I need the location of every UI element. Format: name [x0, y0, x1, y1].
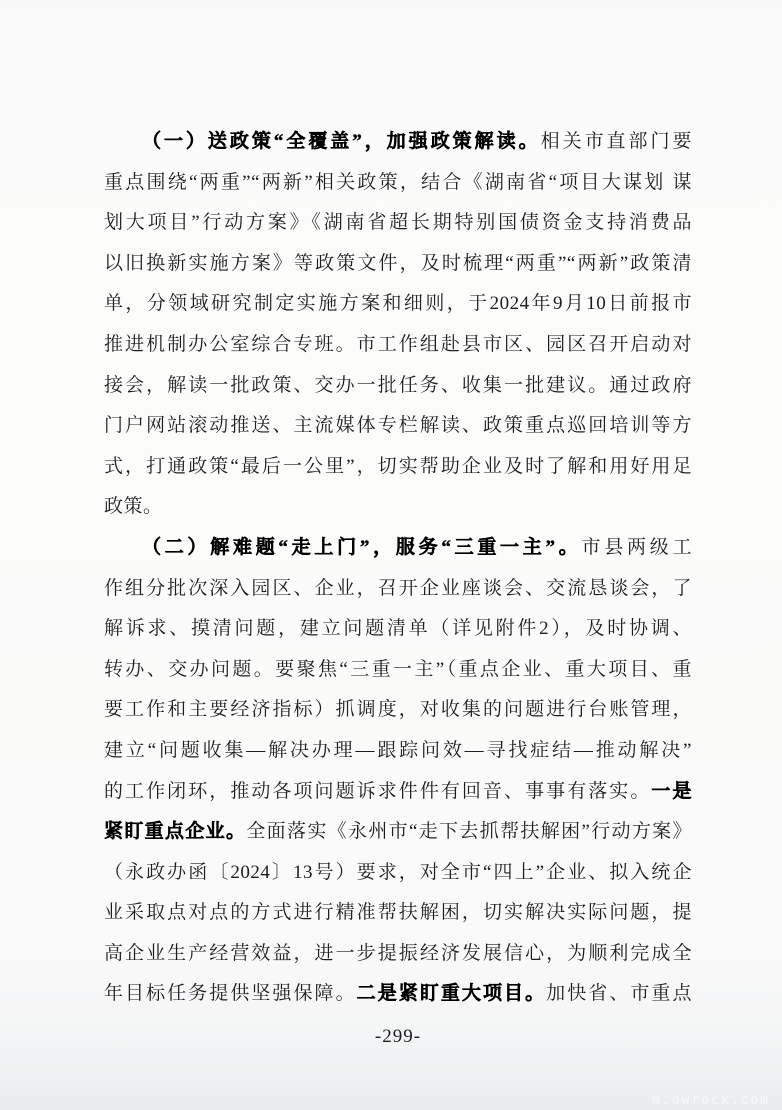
text-segment: 要工作和主要经济指标）抓调度，对收集的问题进行台账管理， [104, 699, 692, 720]
text-segment: 作组分批次深入园区、企业，召开企业座谈会、交流恳谈会，了 [104, 578, 692, 599]
text-segment: 重点围绕“两重”“两新”相关政策，结合《湖南省“项目大谋划 谋 [104, 172, 692, 193]
paragraph-1-heading: （一）送政策“全覆盖”，加强政策解读。 [142, 131, 541, 152]
text-segment: 式，打通政策“最后一公里”，切实帮助企业及时了解和用好用足 [104, 456, 692, 477]
text-line: 解诉求、摸清问题，建立问题清单（详见附件2），及时协调、 [104, 609, 692, 650]
text-line: 高企业生产经营效益，进一步提振经济发展信心，为顺利完成全 [104, 934, 692, 975]
text-line: 作组分批次深入园区、企业，召开企业座谈会、交流恳谈会，了 [104, 569, 692, 610]
text-segment: 建立“问题收集—解决办理—跟踪问效—寻找症结—推动解决” [104, 740, 692, 761]
text-line: 划大项目”行动方案》《湖南省超长期特别国债资金支持消费品 [104, 203, 692, 244]
text-segment: 解诉求、摸清问题，建立问题清单（详见附件2），及时协调、 [104, 618, 692, 639]
text-line: 以旧换新实施方案》等政策文件，及时梳理“两重”“两新”政策清 [104, 244, 692, 285]
text-segment: 市县两级工 [582, 537, 692, 558]
text-segment: 全面落实《永州市“走下去抓帮扶解困”行动方案》 [246, 821, 692, 842]
text-line: 重点围绕“两重”“两新”相关政策，结合《湖南省“项目大谋划 谋 [104, 163, 692, 204]
text-segment: 相关市直部门要 [541, 131, 692, 152]
text-segment: 政策。 [104, 496, 163, 517]
text-line: （二）解难题“走上门”，服务“三重一主”。市县两级工 [104, 528, 692, 569]
text-segment: 门户网站滚动推送、主流媒体专栏解读、政策重点巡回培训等方 [104, 415, 692, 436]
text-segment: 的工作闭环，推动各项问题诉求件件有回音、事事有落实。 [104, 781, 651, 802]
text-line: 要工作和主要经济指标）抓调度，对收集的问题进行台账管理， [104, 690, 692, 731]
text-line: 转办、交办问题。要聚焦“三重一主”（重点企业、重大项目、重 [104, 650, 692, 691]
inline-bold-marker: 二是紧盯重大项目。 [357, 983, 547, 1004]
document-body-text: （一）送政策“全覆盖”，加强政策解读。相关市直部门要 重点围绕“两重”“两新”相… [104, 122, 692, 1015]
text-line: 接会，解读一批政策、交办一批任务、收集一批建议。通过政府 [104, 366, 692, 407]
paragraph-2-heading: （二）解难题“走上门”，服务“三重一主”。 [142, 537, 582, 558]
text-line: （一）送政策“全覆盖”，加强政策解读。相关市直部门要 [104, 122, 692, 163]
text-line: 推进机制办公室综合专班。市工作组赴县市区、园区召开启动对 [104, 325, 692, 366]
inline-bold-marker: 紧盯重点企业。 [104, 821, 246, 842]
text-segment: 转办、交办问题。要聚焦“三重一主”（重点企业、重大项目、重 [104, 659, 692, 680]
text-line: 的工作闭环，推动各项问题诉求件件有回音、事事有落实。一是 [104, 772, 692, 813]
text-line: 业采取点对点的方式进行精准帮扶解困，切实解决实际问题，提 [104, 893, 692, 934]
text-line: 年目标任务提供坚强保障。二是紧盯重大项目。加快省、市重点 [104, 974, 692, 1015]
text-segment: 以旧换新实施方案》等政策文件，及时梳理“两重”“两新”政策清 [104, 253, 692, 274]
text-line: 门户网站滚动推送、主流媒体专栏解读、政策重点巡回培训等方 [104, 406, 692, 447]
text-line: 建立“问题收集—解决办理—跟踪问效—寻找症结—推动解决” [104, 731, 692, 772]
text-segment: 年目标任务提供坚强保障。 [104, 983, 357, 1004]
text-segment: 加快省、市重点 [546, 983, 692, 1004]
text-line: 政策。 [104, 487, 692, 528]
text-line: 单，分领域研究制定实施方案和细则，于2024年9月10日前报市 [104, 284, 692, 325]
text-segment: 高企业生产经营效益，进一步提振经济发展信心，为顺利完成全 [104, 943, 692, 964]
text-line: 紧盯重点企业。全面落实《永州市“走下去抓帮扶解困”行动方案》 [104, 812, 692, 853]
text-segment: 业采取点对点的方式进行精准帮扶解困，切实解决实际问题，提 [104, 902, 692, 923]
text-line: 式，打通政策“最后一公里”，切实帮助企业及时了解和用好用足 [104, 447, 692, 488]
page-number: -299- [104, 1026, 692, 1048]
text-segment: （永政办函〔2024〕13号）要求，对全市“四上”企业、拟入统企 [104, 862, 692, 883]
text-segment: 推进机制办公室综合专班。市工作组赴县市区、园区召开启动对 [104, 334, 692, 355]
text-segment: 单，分领域研究制定实施方案和细则，于2024年9月10日前报市 [104, 293, 692, 314]
document-page: （一）送政策“全覆盖”，加强政策解读。相关市直部门要 重点围绕“两重”“两新”相… [0, 0, 782, 1110]
text-segment: 接会，解读一批政策、交办一批任务、收集一批建议。通过政府 [104, 375, 692, 396]
text-segment: 划大项目”行动方案》《湖南省超长期特别国债资金支持消费品 [104, 212, 692, 233]
text-line: （永政办函〔2024〕13号）要求，对全市“四上”企业、拟入统企 [104, 853, 692, 894]
inline-bold-marker: 一是 [651, 781, 692, 802]
watermark-text: m.dwrock.com [652, 1093, 770, 1108]
